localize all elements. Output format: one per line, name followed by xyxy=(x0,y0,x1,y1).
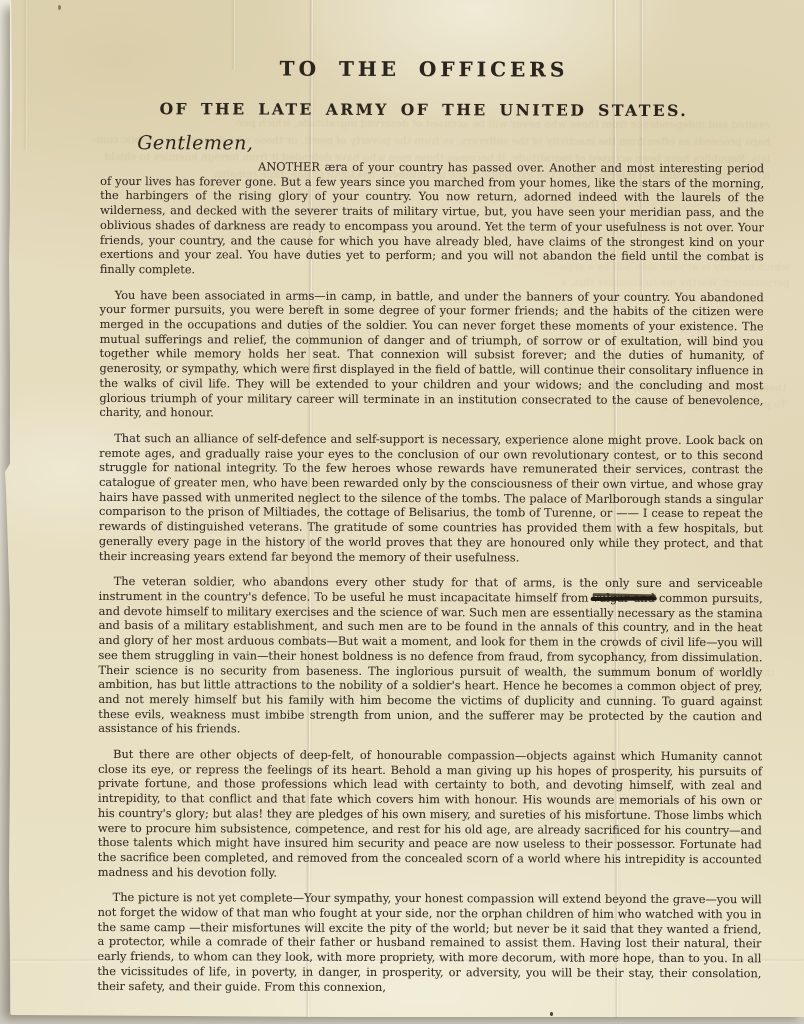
paragraph-4: The veteran soldier, who abandons every … xyxy=(98,574,763,738)
printed-content: exalted and independence from those who … xyxy=(3,0,804,1018)
document-title: TO THE OFFICERS xyxy=(7,58,804,81)
paragraph-2: You have been associated in arms—in camp… xyxy=(99,288,763,423)
paper-sheet: exalted and independence from those who … xyxy=(5,0,804,1017)
inked-out-word: vulgar and xyxy=(592,591,654,605)
salutation: Gentlemen, xyxy=(137,132,253,154)
scanned-document: exalted and independence from those who … xyxy=(0,0,804,1024)
paragraph-3: That such an alliance of self-defence an… xyxy=(99,431,763,566)
paragraph-4-after: common pursuits, and devote himself to m… xyxy=(98,591,763,736)
paragraph-1: ANOTHER æra of your country has passed o… xyxy=(100,159,764,279)
letter-body: ANOTHER æra of your country has passed o… xyxy=(97,159,764,1007)
paragraph-6: The picture is not yet complete—Your sym… xyxy=(97,890,761,995)
document-subtitle: OF THE LATE ARMY OF THE UNITED STATES. xyxy=(6,101,804,119)
pencil-mark: ( xyxy=(5,826,9,839)
paragraph-5: But there are other objects of deep-felt… xyxy=(98,747,762,882)
